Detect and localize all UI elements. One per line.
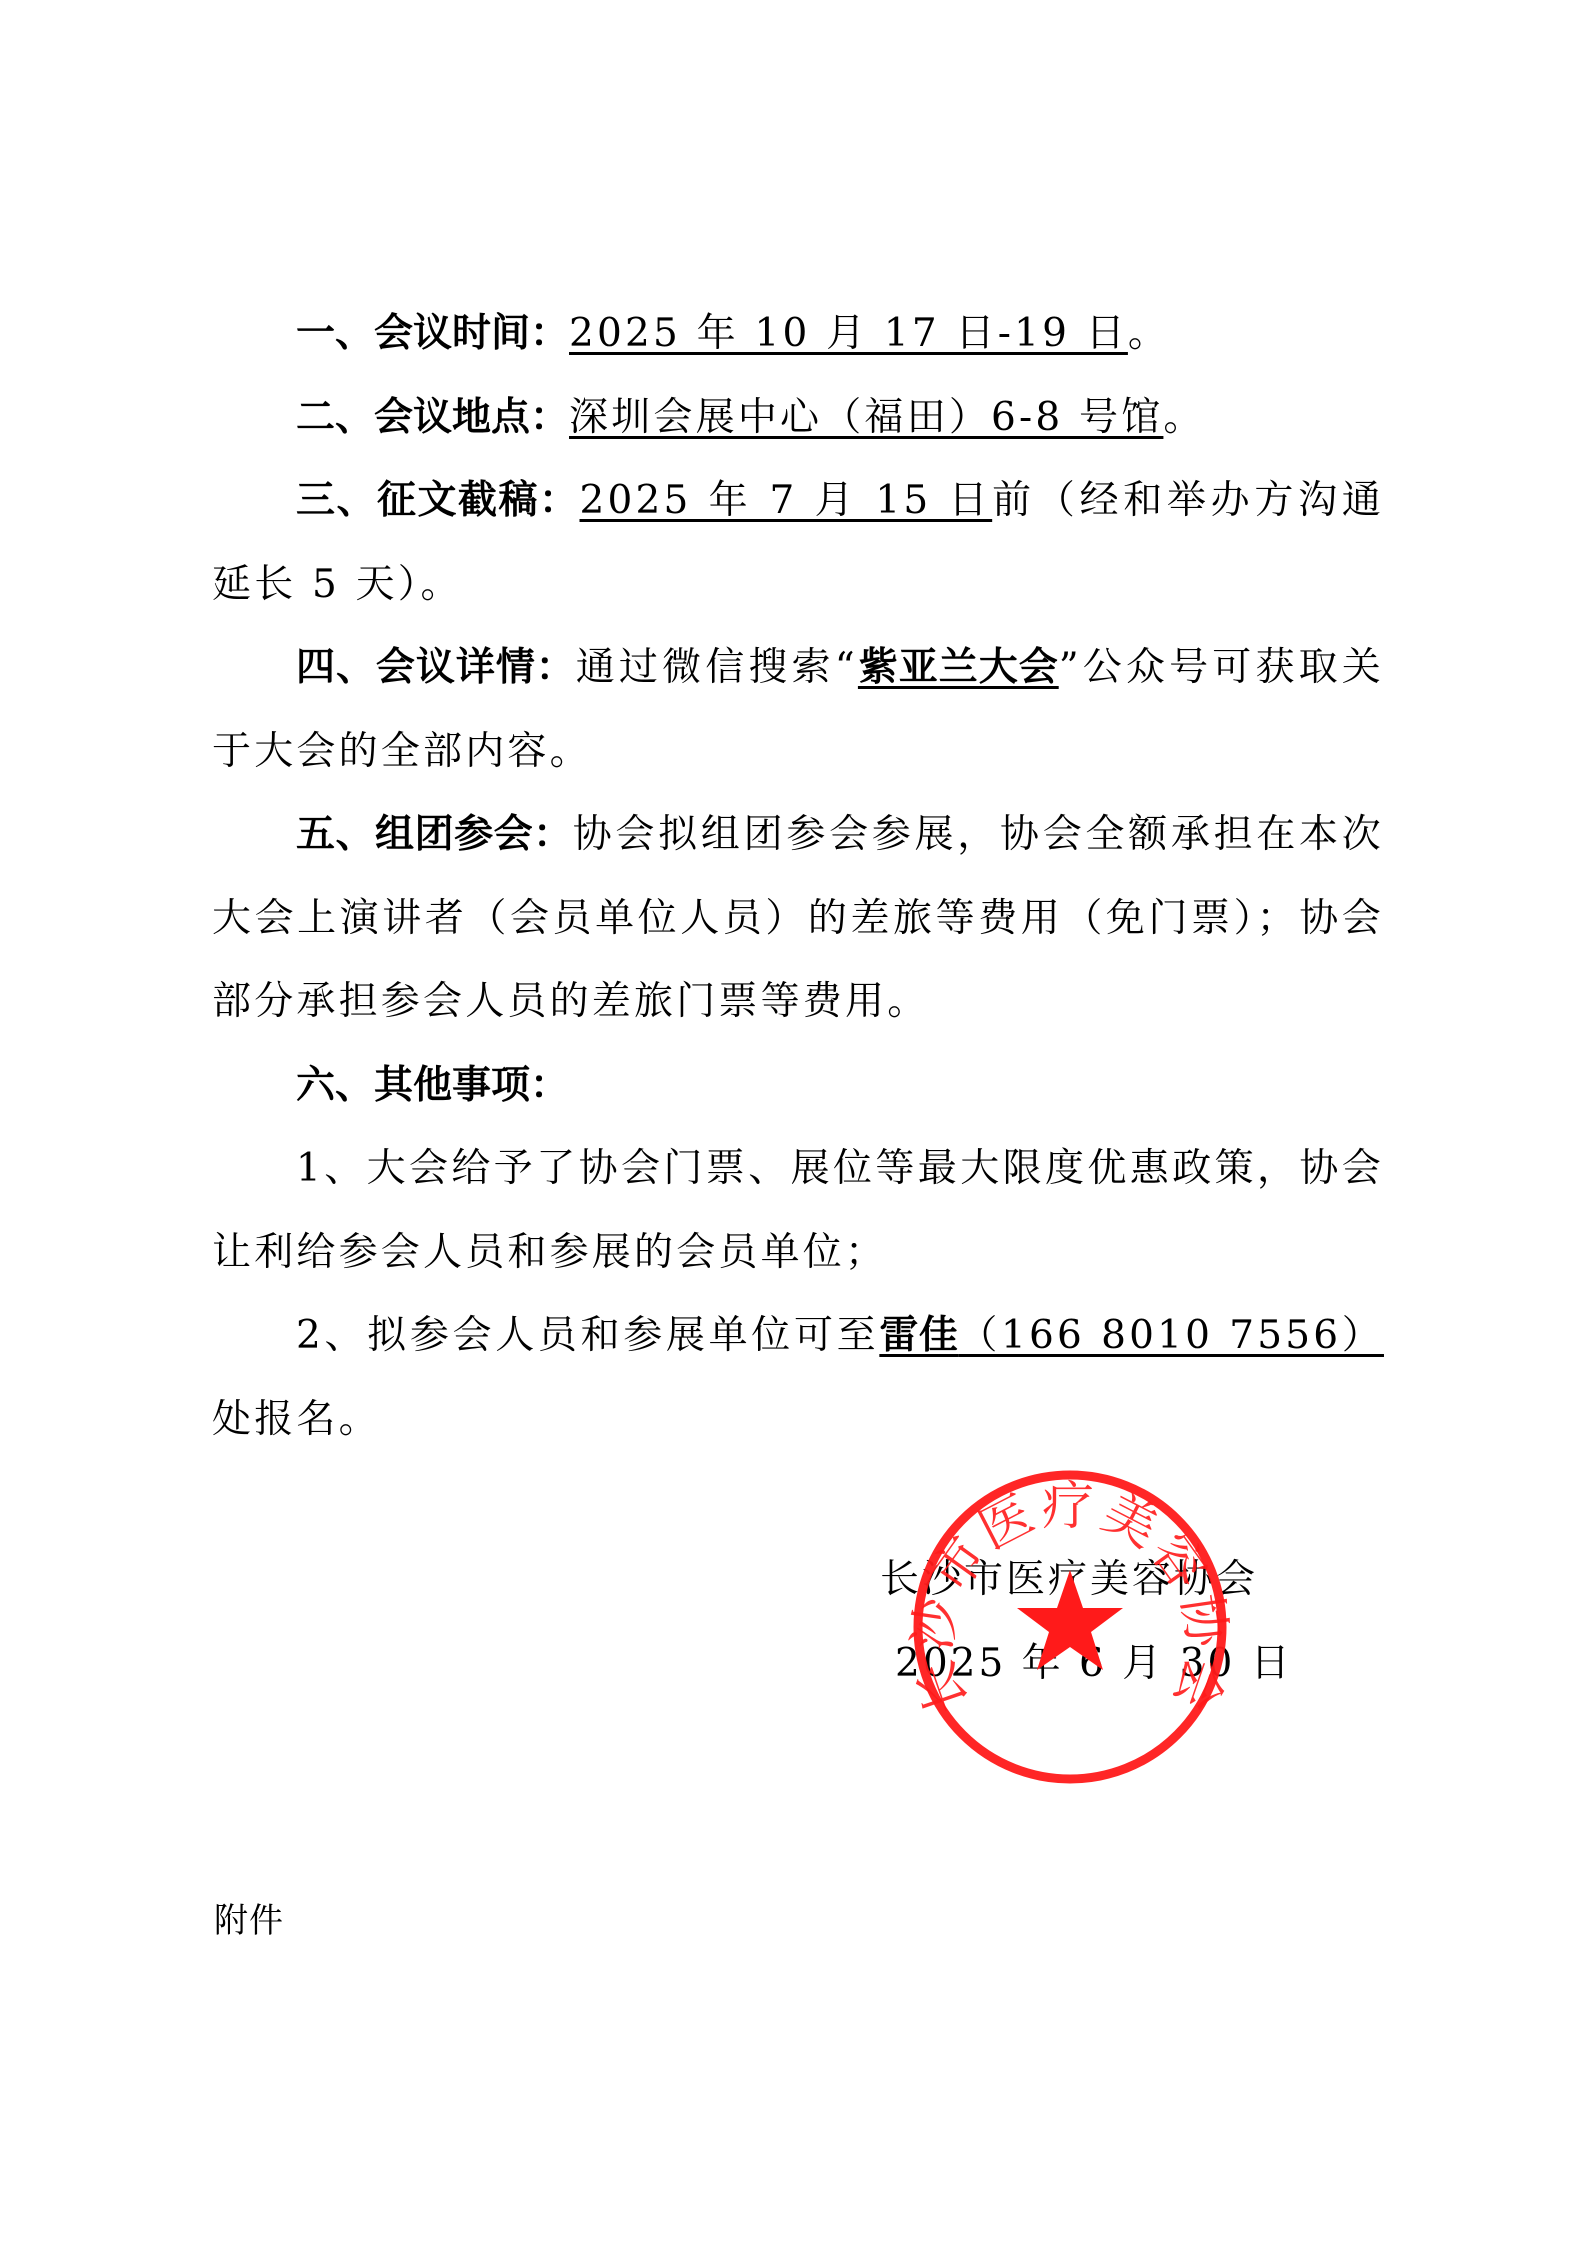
deadline-value: 2025 年 7 月 15 日 (580, 478, 993, 523)
section-meeting-details: 四、会议详情：通过微信搜索“紫亚兰大会”公众号可获取关于大会的全部内容。 (212, 626, 1384, 793)
attachment-label: 附件 (214, 1893, 284, 1942)
contact-phone: （166 8010 7556） (958, 1313, 1384, 1358)
document-body: 一、会议时间：2025 年 10 月 17 日-19 日。 二、会议地点：深圳会… (212, 292, 1384, 1461)
section-heading: 一、会议时间： (296, 311, 569, 356)
section-heading: 二、会议地点： (296, 395, 569, 440)
contact-name: 雷佳 (879, 1313, 958, 1358)
section-heading: 六、其他事项： (296, 1063, 569, 1108)
wechat-account-name: 紫亚兰大会 (858, 645, 1059, 690)
contact-info: 雷佳（166 8010 7556） (879, 1313, 1384, 1358)
other-item-1: 1、大会给予了协会门票、展位等最大限度优惠政策，协会让利给参会人员和参展的会员单… (212, 1127, 1384, 1294)
section-heading: 五、组团参会： (296, 812, 573, 857)
section-submission-deadline: 三、征文截稿：2025 年 7 月 15 日前（经和举办方沟通延长 5 天）。 (212, 459, 1384, 626)
signature-date: 2025 年 6 月 30 日 (895, 1632, 1275, 1688)
section-heading: 三、征文截稿： (296, 478, 580, 523)
section-other-items: 六、其他事项： (212, 1044, 1384, 1128)
meeting-location-value: 深圳会展中心（福田）6-8 号馆 (569, 395, 1163, 440)
signature-organization: 长沙市医疗美容协会 (880, 1548, 1260, 1604)
meeting-time-value: 2025 年 10 月 17 日-19 日 (569, 311, 1128, 356)
other-item-2: 2、拟参会人员和参展单位可至雷佳（166 8010 7556）处报名。 (212, 1294, 1384, 1461)
official-seal-stamp: 长沙市医疗美容协会 (905, 1462, 1235, 1792)
section-meeting-location: 二、会议地点：深圳会展中心（福田）6-8 号馆。 (212, 376, 1384, 460)
section-heading: 四、会议详情： (296, 645, 576, 690)
section-group-participation: 五、组团参会：协会拟组团参会参展，协会全额承担在本次大会上演讲者（会员单位人员）… (212, 793, 1384, 1044)
document-page: 一、会议时间：2025 年 10 月 17 日-19 日。 二、会议地点：深圳会… (0, 0, 1587, 2245)
section-meeting-time: 一、会议时间：2025 年 10 月 17 日-19 日。 (212, 292, 1384, 376)
